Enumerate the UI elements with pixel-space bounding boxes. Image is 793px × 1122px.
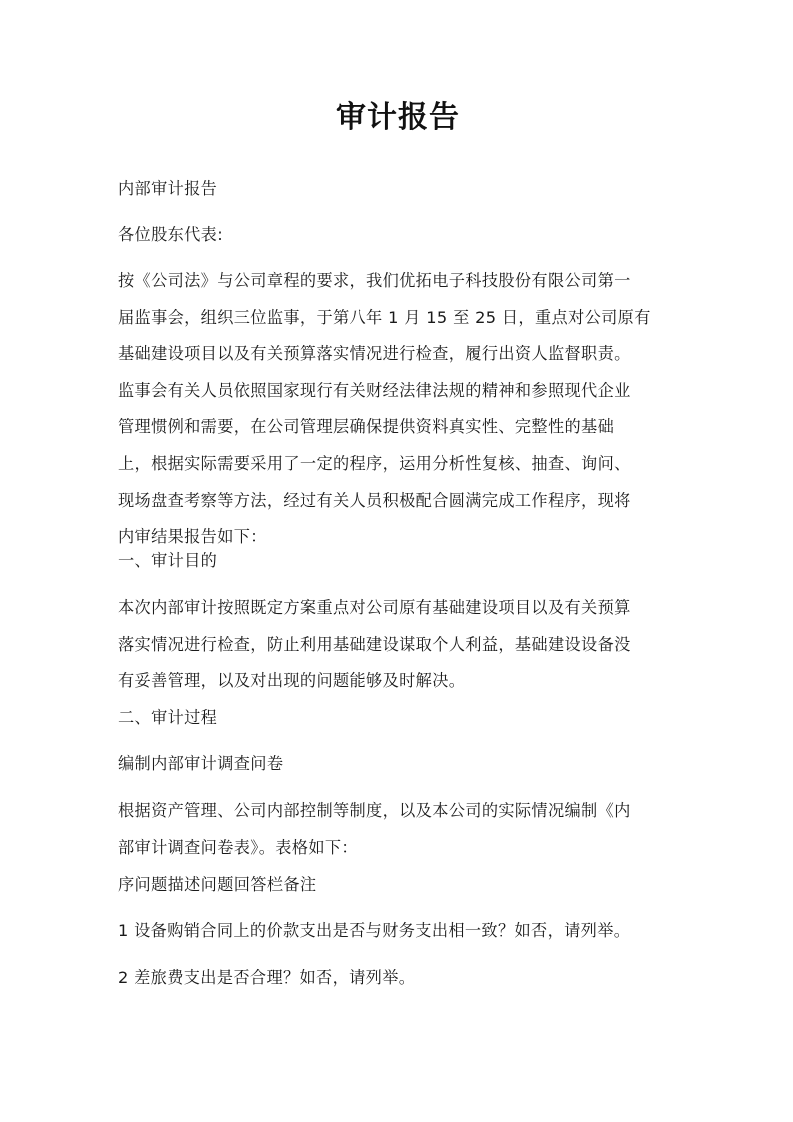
salutation: 各位股东代表:: [118, 217, 678, 254]
process-subheading: 编制内部审计调查问卷: [118, 746, 678, 783]
intro-line: 按《公司法》与公司章程的要求，我们优拓电子科技股份有限公司第一: [118, 263, 678, 300]
purpose-line: 有妥善管理，以及对出现的问题能够及时解决。: [118, 663, 678, 700]
questionnaire-row-1: 1 设备购销合同上的价款支出是否与财务支出相一致？如否，请列举。: [118, 913, 678, 950]
process-paragraph: 根据资产管理、公司内部控制等制度，以及本公司的实际情况编制《内 部审计调查问卷表…: [118, 793, 678, 866]
intro-line: 上，根据实际需要采用了一定的程序，运用分析性复核、抽查、询问、: [118, 446, 678, 483]
purpose-paragraph: 本次内部审计按照既定方案重点对公司原有基础建设项目以及有关预算 落实情况进行检查…: [118, 590, 678, 700]
intro-line: 届监事会，组织三位监事，于第八年 1 月 15 至 25 日，重点对公司原有: [118, 300, 678, 337]
questionnaire-row-2: 2 差旅费支出是否合理？如否，请列举。: [118, 960, 678, 997]
intro-paragraph: 按《公司法》与公司章程的要求，我们优拓电子科技股份有限公司第一 届监事会，组织三…: [118, 263, 678, 556]
intro-line: 基础建设项目以及有关预算落实情况进行检查，履行出资人监督职责。: [118, 336, 678, 373]
process-line: 根据资产管理、公司内部控制等制度，以及本公司的实际情况编制《内: [118, 793, 678, 830]
intro-line: 监事会有关人员依照国家现行有关财经法律法规的精神和参照现代企业: [118, 373, 678, 410]
section-heading-purpose: 一、审计目的: [118, 543, 678, 580]
intro-line: 现场盘查考察等方法，经过有关人员积极配合圆满完成工作程序，现将: [118, 483, 678, 520]
intro-line: 管理惯例和需要，在公司管理层确保提供资料真实性、完整性的基础: [118, 409, 678, 446]
process-line: 部审计调查问卷表》。表格如下：: [118, 830, 678, 867]
questionnaire-table-header: 序问题描述问题回答栏备注: [118, 867, 678, 904]
document-title: 审计报告: [118, 96, 678, 140]
purpose-line: 本次内部审计按照既定方案重点对公司原有基础建设项目以及有关预算: [118, 590, 678, 627]
section-heading-process: 二、审计过程: [118, 700, 678, 737]
purpose-line: 落实情况进行检查，防止利用基础建设谋取个人利益，基础建设设备没: [118, 627, 678, 664]
document-subtitle: 内部审计报告: [118, 171, 678, 208]
